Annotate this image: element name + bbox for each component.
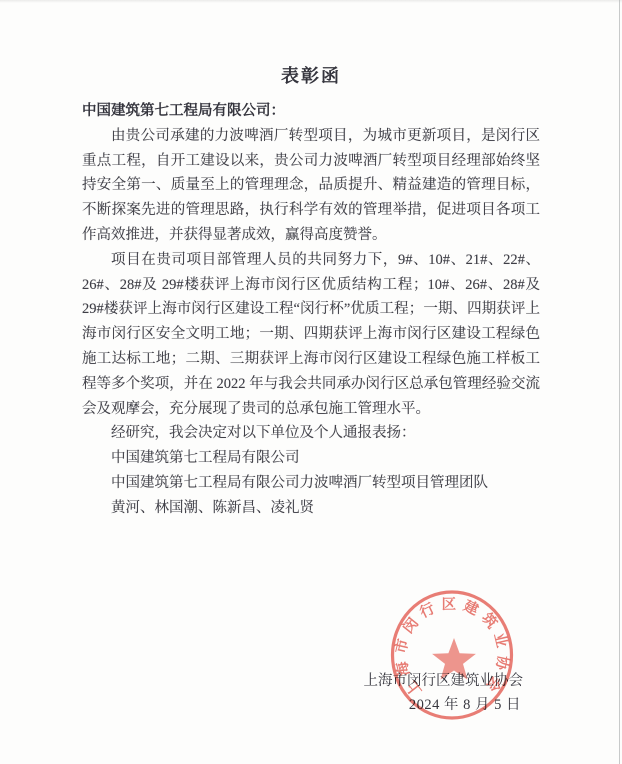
page-title: 表彰函	[0, 0, 622, 88]
scan-edge-line	[619, 0, 621, 764]
commended-unit-2: 中国建筑第七工程局有限公司力波啤酒厂转型项目管理团队	[82, 471, 540, 496]
paragraph-3: 经研究，我会决定对以下单位及个人通报表扬：	[82, 421, 540, 446]
paragraph-2: 项目在贵司项目部管理人员的共同努力下，9#、10#、21#、22#、26#、28…	[82, 248, 540, 422]
letter-body: 中国建筑第七工程局有限公司： 由贵公司承建的力波啤酒厂转型项目，为城市更新项目，…	[0, 88, 622, 718]
scan-edge-top	[0, 0, 622, 3]
addressee-line: 中国建筑第七工程局有限公司：	[82, 99, 540, 124]
signature-date: 2024 年 8 月 5 日	[82, 693, 523, 718]
signature-block: 上海市闵行区建筑业协会 2024 年 8 月 5 日	[82, 669, 523, 719]
commended-persons: 黄河、林国潮、陈新昌、凌礼贤	[82, 496, 540, 521]
signature-org: 上海市闵行区建筑业协会	[82, 669, 523, 694]
scanned-letter-page: 表彰函 中国建筑第七工程局有限公司： 由贵公司承建的力波啤酒厂转型项目，为城市更…	[0, 0, 622, 764]
paragraph-1: 由贵公司承建的力波啤酒厂转型项目，为城市更新项目，是闵行区重点工程，自开工建设以…	[82, 124, 540, 248]
commended-unit-1: 中国建筑第七工程局有限公司	[82, 446, 540, 471]
